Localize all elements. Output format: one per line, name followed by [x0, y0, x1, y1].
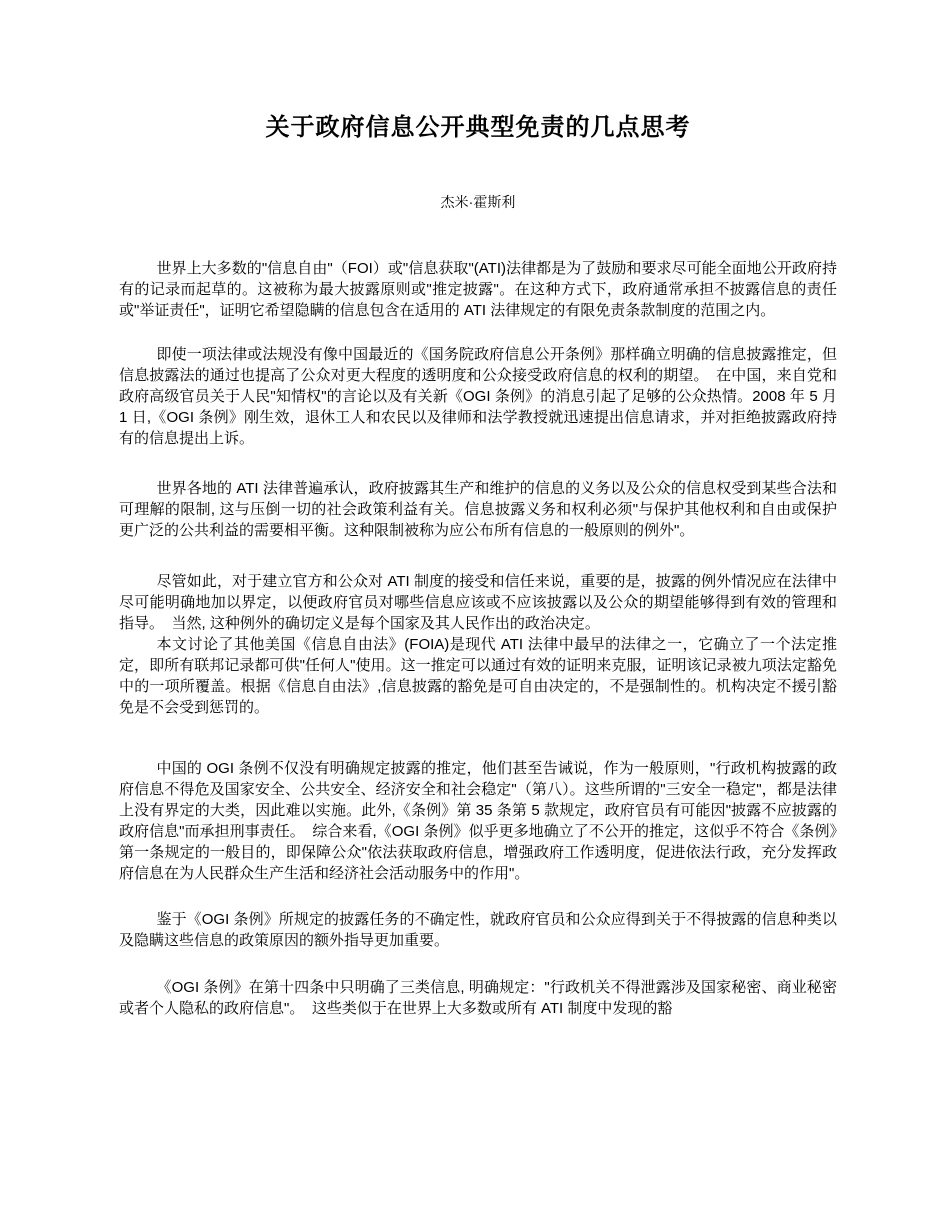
- paragraph-disclosure-presumption: 世界上大多数的"信息自由"（FOI）或"信息获取"(ATI)法律都是为了鼓励和要…: [119, 258, 837, 321]
- paragraph-us-foia: 本文讨论了其他美国《信息自由法》(FOIA)是现代 ATI 法律中最早的法律之一…: [119, 634, 837, 718]
- paragraph-ogi-no-presumption: 中国的 OGI 条例不仅没有明确规定披露的推定，他们甚至告诫说，作为一般原则，"…: [119, 758, 837, 884]
- paragraph-need-guidance: 鉴于《OGI 条例》所规定的披露任务的不确定性，就政府官员和公众应得到关于不得披…: [119, 909, 837, 951]
- paragraph-ati-limits: 世界各地的 ATI 法律普遍承认，政府披露其生产和维护的信息的义务以及公众的信息…: [119, 478, 837, 541]
- document-content: 关于政府信息公开典型免责的几点思考 杰米·霍斯利 世界上大多数的"信息自由"（F…: [0, 112, 952, 1019]
- document-page: 关于政府信息公开典型免责的几点思考 杰米·霍斯利 世界上大多数的"信息自由"（F…: [0, 0, 952, 1232]
- paragraph-china-ogi-enthusiasm: 即使一项法律或法规没有像中国最近的《国务院政府信息公开条例》那样确立明确的信息披…: [119, 344, 837, 449]
- document-title: 关于政府信息公开典型免责的几点思考: [119, 112, 837, 144]
- paragraph-exception-definition: 尽管如此，对于建立官方和公众对 ATI 制度的接受和信任来说，重要的是，披露的例…: [119, 571, 837, 634]
- author-byline: 杰米·霍斯利: [119, 192, 837, 212]
- paragraph-article-14: 《OGI 条例》在第十四条中只明确了三类信息, 明确规定："行政机关不得泄露涉及…: [119, 977, 837, 1019]
